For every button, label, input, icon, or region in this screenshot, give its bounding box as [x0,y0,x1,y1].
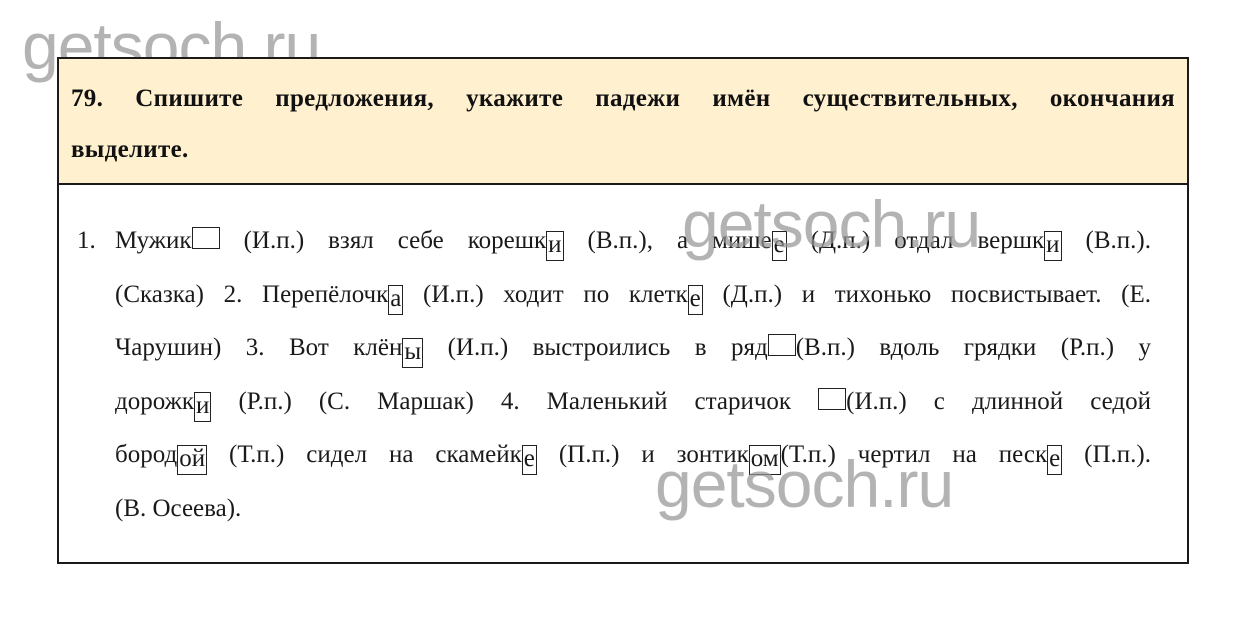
answer-text-segment: дорожк [115,388,194,415]
word-ending-box: ой [177,445,207,475]
exercise-box: 79. Спишите предложения, укажите падежи … [57,57,1189,564]
answer-text-segment: Мужик [115,227,192,254]
answer-body: 1.Мужик (И.п.) взял себе корешки (В.п.),… [59,185,1187,562]
answer-text-segment: (Сказка) 2. Перепёлочк [115,281,388,308]
task-instruction: 79. Спишите предложения, укажите падежи … [71,73,1175,175]
answer-text-segment: (П.п.) и зонтик [537,441,749,468]
task-instruction-line-1: 79. Спишите предложения, укажите падежи … [71,73,1175,124]
answer-text-segment: (И.п.) взял себе корешк [220,227,547,254]
word-ending-box: и [1044,231,1061,261]
answer-text-segment: (Т.п.) сидел на скамейк [207,441,522,468]
answer-text-segment: (В.п.), а мише [564,227,772,254]
answer-text-segment: (И.п.) с длинной седой [846,388,1151,415]
word-ending-box: и [194,392,211,422]
zero-ending-box [818,388,846,410]
word-ending-box: е [772,231,787,261]
answer-line: (В. Осеева). [77,482,1151,536]
answer-text-segment: (В. Осеева). [115,495,241,522]
word-ending-box: е [688,285,703,315]
answer-line: дорожки (Р.п.) (С. Маршак) 4. Маленький … [77,375,1151,429]
list-number: 1. [77,214,115,268]
answer-text: 1.Мужик (И.п.) взял себе корешки (В.п.),… [77,214,1151,535]
word-ending-box: ы [402,338,423,368]
answer-text-segment: (И.п.) выстроились в ряд [423,334,768,361]
answer-text-segment: (П.п.). [1062,441,1151,468]
word-ending-box: и [546,231,563,261]
answer-line: 1.Мужик (И.п.) взял себе корешки (В.п.),… [77,214,1151,268]
answer-text-segment: (И.п.) ходит по клетк [403,281,687,308]
word-ending-box: а [388,285,403,315]
answer-text-segment: (В.п.). [1062,227,1151,254]
task-instruction-line-2: выделите. [71,124,1175,175]
answer-line: бородой (Т.п.) сидел на скамейке (П.п.) … [77,428,1151,482]
answer-text-segment: (Д.п.) и тихонько посвистывает. (Е. [703,281,1151,308]
task-header: 79. Спишите предложения, укажите падежи … [59,59,1187,185]
word-ending-box: е [1047,445,1062,475]
answer-line: (Сказка) 2. Перепёлочка (И.п.) ходит по … [77,268,1151,322]
answer-text-segment: Чарушин) 3. Вот клён [115,334,402,361]
word-ending-box: ом [749,445,781,475]
zero-ending-box [768,334,796,356]
answer-line: Чарушин) 3. Вот клёны (И.п.) выстроились… [77,321,1151,375]
answer-text-segment: (Т.п.) чертил на песк [781,441,1048,468]
answer-text-segment: (Д.п.) отдал вершк [787,227,1044,254]
word-ending-box: е [522,445,537,475]
answer-text-segment: (В.п.) вдоль грядки (Р.п.) у [796,334,1151,361]
zero-ending-box [192,227,220,249]
answer-text-segment: (Р.п.) (С. Маршак) 4. Маленький старичок [211,388,818,415]
answer-text-segment: бород [115,441,177,468]
